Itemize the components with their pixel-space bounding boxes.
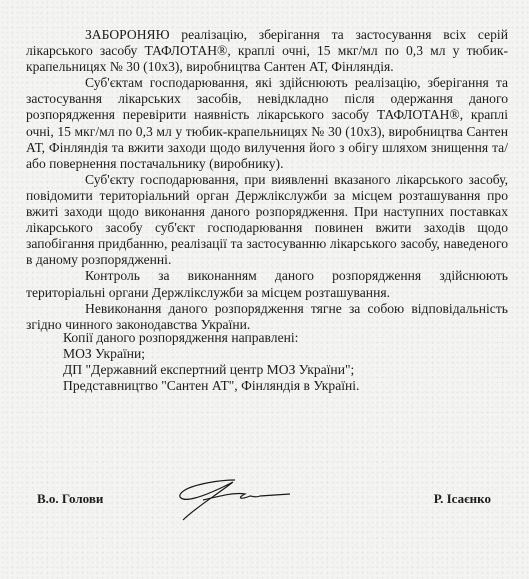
handwritten-signature-icon xyxy=(165,476,295,524)
signature-block: В.о. Голови Р. Ісаєнко xyxy=(0,486,529,526)
paragraph-liability: Невиконання даного розпорядження тягне з… xyxy=(26,301,508,333)
paragraph-notification: Суб'єкту господарювання, при виявленні в… xyxy=(26,172,508,269)
recipient-expert-center: ДП "Державний експертний центр МОЗ Украї… xyxy=(63,362,359,378)
copies-section: Копії даного розпорядження направлені: М… xyxy=(63,330,359,394)
recipient-santen: Представництво "Сантен АТ", Фінляндія в … xyxy=(63,378,359,394)
signatory-name: Р. Ісаєнко xyxy=(434,491,491,507)
paragraph-control: Контроль за виконанням даного розпорядже… xyxy=(26,268,508,300)
copies-heading: Копії даного розпорядження направлені: xyxy=(63,330,359,346)
paragraph-prohibition: ЗАБОРОНЯЮ реалізацію, зберігання та заст… xyxy=(26,27,508,75)
signatory-title: В.о. Голови xyxy=(37,491,103,507)
recipient-moz: МОЗ України; xyxy=(63,346,359,362)
document-body: ЗАБОРОНЯЮ реалізацію, зберігання та заст… xyxy=(26,27,508,333)
paragraph-business-entities: Суб'єктам господарювання, які здійснюють… xyxy=(26,75,508,172)
